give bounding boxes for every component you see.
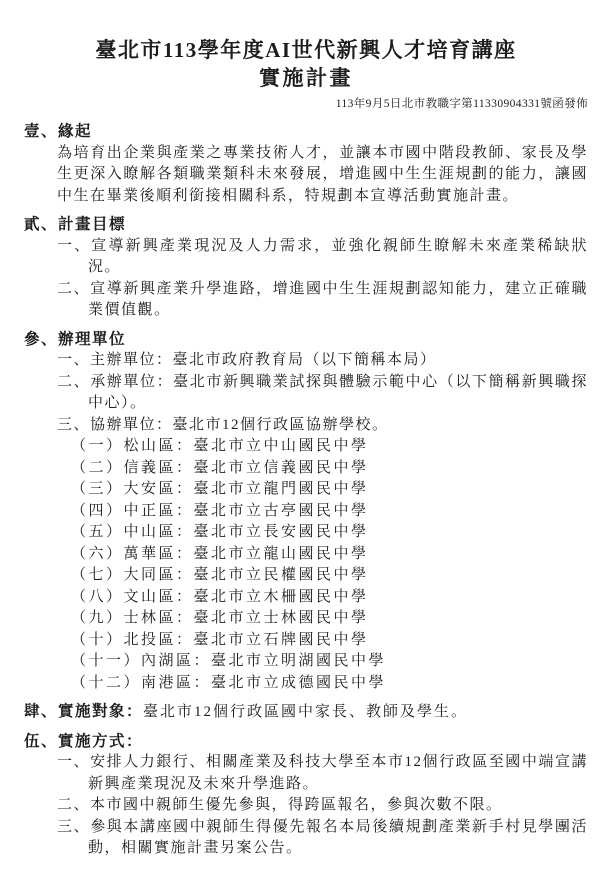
- section-methods-heading: 伍、實施方式：: [24, 731, 588, 753]
- school-item: （十）北投區：臺北市立石牌國民中學: [71, 630, 588, 652]
- school-item: （二）信義區：臺北市立信義國民中學: [71, 458, 588, 480]
- school-item: （八）文山區：臺北市立木柵國民中學: [71, 587, 588, 609]
- school-item: （六）萬華區：臺北市立龍山國民中學: [71, 544, 588, 566]
- method-item: 二、本市國中親師生優先參與，得跨區報名，參與次數不限。: [57, 795, 588, 817]
- school-item: （九）士林區：臺北市立士林國民中學: [71, 608, 588, 630]
- section-origin-paragraph: 為培育出企業與產業之專業技術人才，並讓本市國中階段教師、家長及學生更深入瞭解各類…: [57, 143, 588, 208]
- goal-item: 一、宣導新興產業現況及人力需求，並強化親師生瞭解未來產業稀缺狀況。: [57, 236, 588, 279]
- organizer-item: 二、承辦單位：臺北市新興職業試探與體驗示範中心（以下簡稱新興職探中心）。: [57, 372, 588, 415]
- organizer-item: 三、協辦單位：臺北市12個行政區協辦學校。: [57, 415, 588, 437]
- organizer-item: 一、主辦單位：臺北市政府教育局（以下簡稱本局）: [57, 350, 588, 372]
- section-goals: 貳、計畫目標 一、宣導新興產業現況及人力需求，並強化親師生瞭解未來產業稀缺狀況。…: [24, 214, 588, 322]
- section-origin: 壹、緣起 為培育出企業與產業之專業技術人才，並讓本市國中階段教師、家長及學生更深…: [24, 121, 588, 207]
- document-title: 臺北市113學年度AI世代新興人才培育講座: [24, 36, 588, 64]
- document-subtitle: 實施計畫: [24, 64, 588, 93]
- goal-item: 二、宣導新興產業升學進路，增進國中生生涯規劃認知能力，建立正確職業價值觀。: [57, 279, 588, 322]
- school-item: （四）中正區：臺北市立古亭國民中學: [71, 501, 588, 523]
- section-methods: 伍、實施方式： 一、安排人力銀行、相關產業及科技大學至本市12個行政區至國中端宣…: [24, 731, 588, 860]
- school-item: （十一）內湖區：臺北市立明湖國民中學: [71, 651, 588, 673]
- school-item: （七）大同區：臺北市立民權國民中學: [71, 565, 588, 587]
- section-goals-heading: 貳、計畫目標: [24, 214, 588, 236]
- school-item: （三）大安區：臺北市立龍門國民中學: [71, 479, 588, 501]
- section-target-heading: 肆、實施對象：: [24, 703, 143, 720]
- section-origin-heading: 壹、緣起: [24, 121, 588, 143]
- method-item: 三、參與本講座國中親師生得優先報名本局後續規劃產業新手村見學團活動，相關實施計畫…: [57, 817, 588, 860]
- school-item: （五）中山區：臺北市立長安國民中學: [71, 522, 588, 544]
- section-organizers-heading: 參、辦理單位: [24, 329, 588, 351]
- school-list: （一）松山區：臺北市立中山國民中學 （二）信義區：臺北市立信義國民中學 （三）大…: [71, 436, 588, 694]
- issue-note: 113年9月5日北市教職字第11330904331號函發佈: [24, 97, 588, 112]
- school-item: （十二）南港區：臺北市立成德國民中學: [71, 673, 588, 695]
- method-item: 一、安排人力銀行、相關產業及科技大學至本市12個行政區至國中端宣講新興產業現況及…: [57, 752, 588, 795]
- school-item: （一）松山區：臺北市立中山國民中學: [71, 436, 588, 458]
- target-line: 肆、實施對象：臺北市12個行政區國中家長、教師及學生。: [24, 701, 588, 724]
- section-organizers: 參、辦理單位 一、主辦單位：臺北市政府教育局（以下簡稱本局） 二、承辦單位：臺北…: [24, 329, 588, 695]
- document-page: 臺北市113學年度AI世代新興人才培育講座 實施計畫 113年9月5日北市教職字…: [0, 0, 607, 871]
- section-target: 肆、實施對象：臺北市12個行政區國中家長、教師及學生。: [24, 701, 588, 724]
- section-target-text: 臺北市12個行政區國中家長、教師及學生。: [143, 704, 468, 720]
